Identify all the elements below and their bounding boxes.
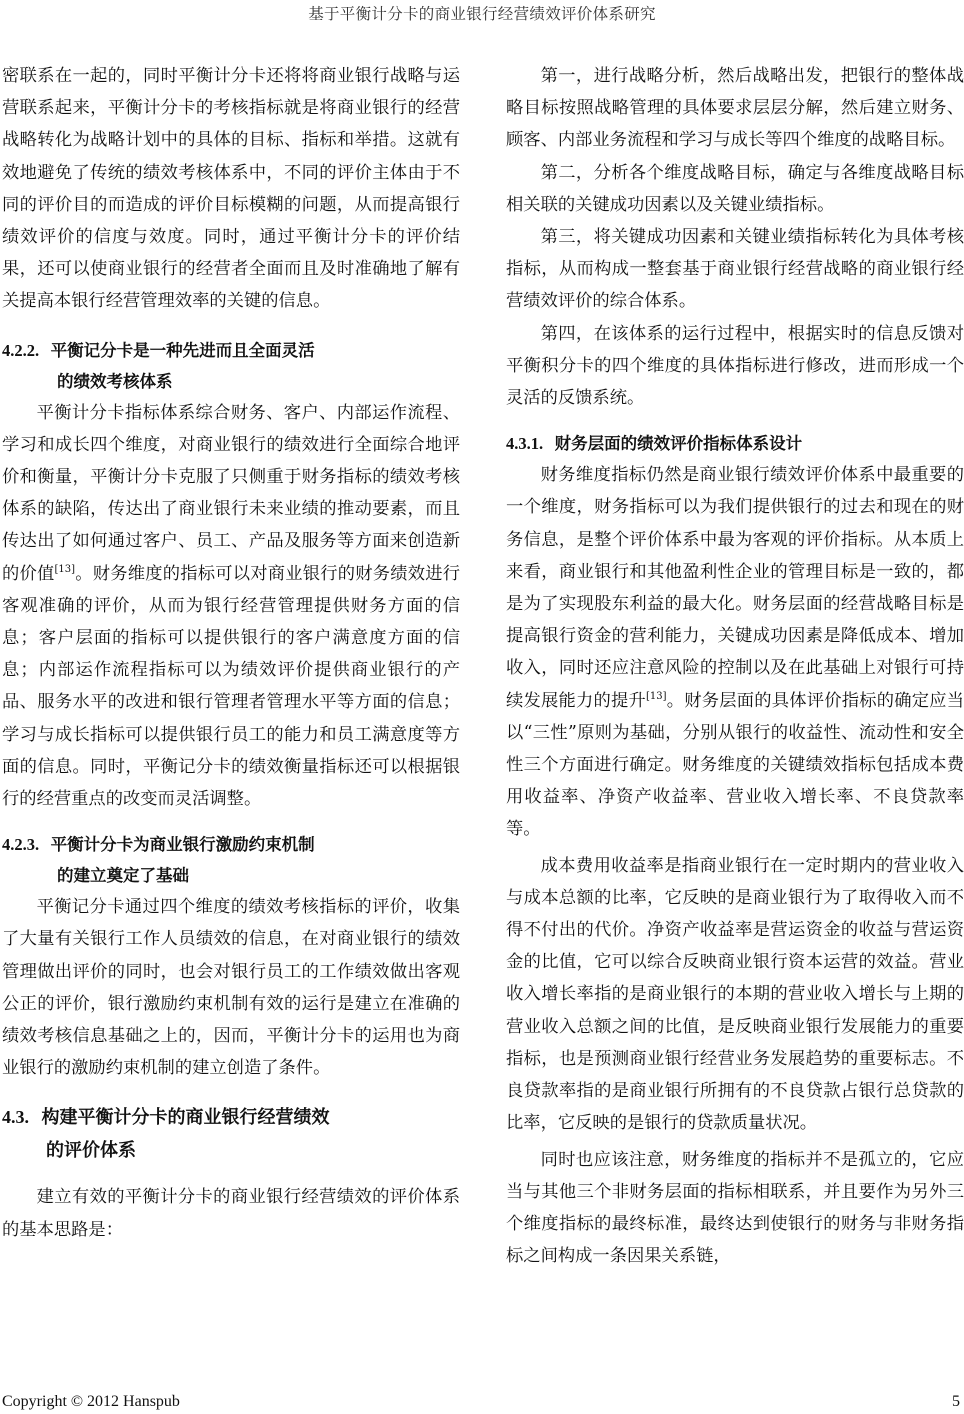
section-title-line2: 的评价体系: [2, 1134, 460, 1167]
right-column: 第一，进行战略分析，然后战略出发，把银行的整体战略目标按照战略管理的具体要求层层…: [506, 60, 964, 1272]
section-heading-4-2-3: 4.2.3. 平衡计分卡为商业银行激励约束机制 的建立奠定了基础: [2, 829, 460, 891]
paragraph-continuation: 密联系在一起的，同时平衡计分卡还将将商业银行战略与运营联系起来，平衡计分卡的考核…: [2, 60, 460, 318]
section-title-line2: 的建立奠定了基础: [2, 860, 460, 891]
section-heading-4-3-1: 4.3.1. 财务层面的绩效评价指标体系设计: [506, 428, 964, 459]
text-span: 财务维度指标仍然是商业银行绩效评价体系中最重要的一个维度，财务指标可以为我们提供…: [506, 465, 964, 710]
section-heading-4-3: 4.3. 构建平衡计分卡的商业银行经营绩效 的评价体系: [2, 1101, 460, 1167]
section-title-line2: 的绩效考核体系: [2, 366, 460, 397]
paragraph-4-2-2: 平衡计分卡指标体系综合财务、客户、内部运作流程、学习和成长四个维度，对商业银行的…: [2, 397, 460, 816]
copyright-footer: Copyright © 2012 Hanspub: [2, 1393, 180, 1411]
page-number: 5: [952, 1393, 960, 1411]
section-title-line1: 平衡记分卡是一种先进而且全面灵活: [51, 341, 315, 360]
section-number: 4.2.3.: [2, 835, 39, 854]
step-1: 第一，进行战略分析，然后战略出发，把银行的整体战略目标按照战略管理的具体要求层层…: [506, 60, 964, 157]
paragraph-4-3-1-b: 成本费用收益率是指商业银行在一定时期内的营业收入与成本总额的比率，它反映的是商业…: [506, 850, 964, 1140]
step-4: 第四，在该体系的运行过程中，根据实时的信息反馈对平衡积分卡的四个维度的具体指标进…: [506, 318, 964, 415]
left-column: 密联系在一起的，同时平衡计分卡还将将商业银行战略与运营联系起来，平衡计分卡的考核…: [2, 60, 460, 1246]
section-number: 4.2.2.: [2, 341, 39, 360]
citation-ref: [13]: [646, 691, 667, 702]
step-2: 第二，分析各个维度战略目标，确定与各维度战略目标相关联的关键成功因素以及关键业绩…: [506, 157, 964, 221]
step-3: 第三，将关键成功因素和关键业绩指标转化为具体考核指标，从而构成一整套基于商业银行…: [506, 221, 964, 318]
paragraph-4-3-1-a: 财务维度指标仍然是商业银行绩效评价体系中最重要的一个维度，财务指标可以为我们提供…: [506, 459, 964, 845]
section-number: 4.3.1.: [506, 434, 543, 453]
running-header: 基于平衡计分卡的商业银行经营绩效评价体系研究: [0, 2, 964, 24]
text-span: 平衡计分卡指标体系综合财务、客户、内部运作流程、学习和成长四个维度，对商业银行的…: [2, 403, 460, 584]
text-span: 。财务维度的指标可以对商业银行的财务绩效进行客观准确的评价，从而为银行经营管理提…: [2, 564, 460, 809]
citation-ref: [13]: [55, 564, 76, 575]
paragraph-4-2-3: 平衡记分卡通过四个维度的绩效考核指标的评价，收集了大量有关银行工作人员绩效的信息…: [2, 891, 460, 1084]
text-span: 。财务层面的具体评价指标的确定应当以“三性”原则为基础，分别从银行的收益性、流动…: [506, 691, 964, 840]
section-title: 财务层面的绩效评价指标体系设计: [555, 434, 803, 453]
section-number: 4.3.: [2, 1107, 29, 1127]
paragraph-4-3: 建立有效的平衡计分卡的商业银行经营绩效的评价体系的基本思路是：: [2, 1181, 460, 1245]
paragraph-4-3-1-c: 同时也应该注意，财务维度的指标并不是孤立的，它应当与其他三个非财务层面的指标相联…: [506, 1144, 964, 1273]
section-title-line1: 构建平衡计分卡的商业银行经营绩效: [42, 1107, 330, 1128]
section-title-line1: 平衡计分卡为商业银行激励约束机制: [51, 835, 315, 854]
section-heading-4-2-2: 4.2.2. 平衡记分卡是一种先进而且全面灵活 的绩效考核体系: [2, 335, 460, 397]
